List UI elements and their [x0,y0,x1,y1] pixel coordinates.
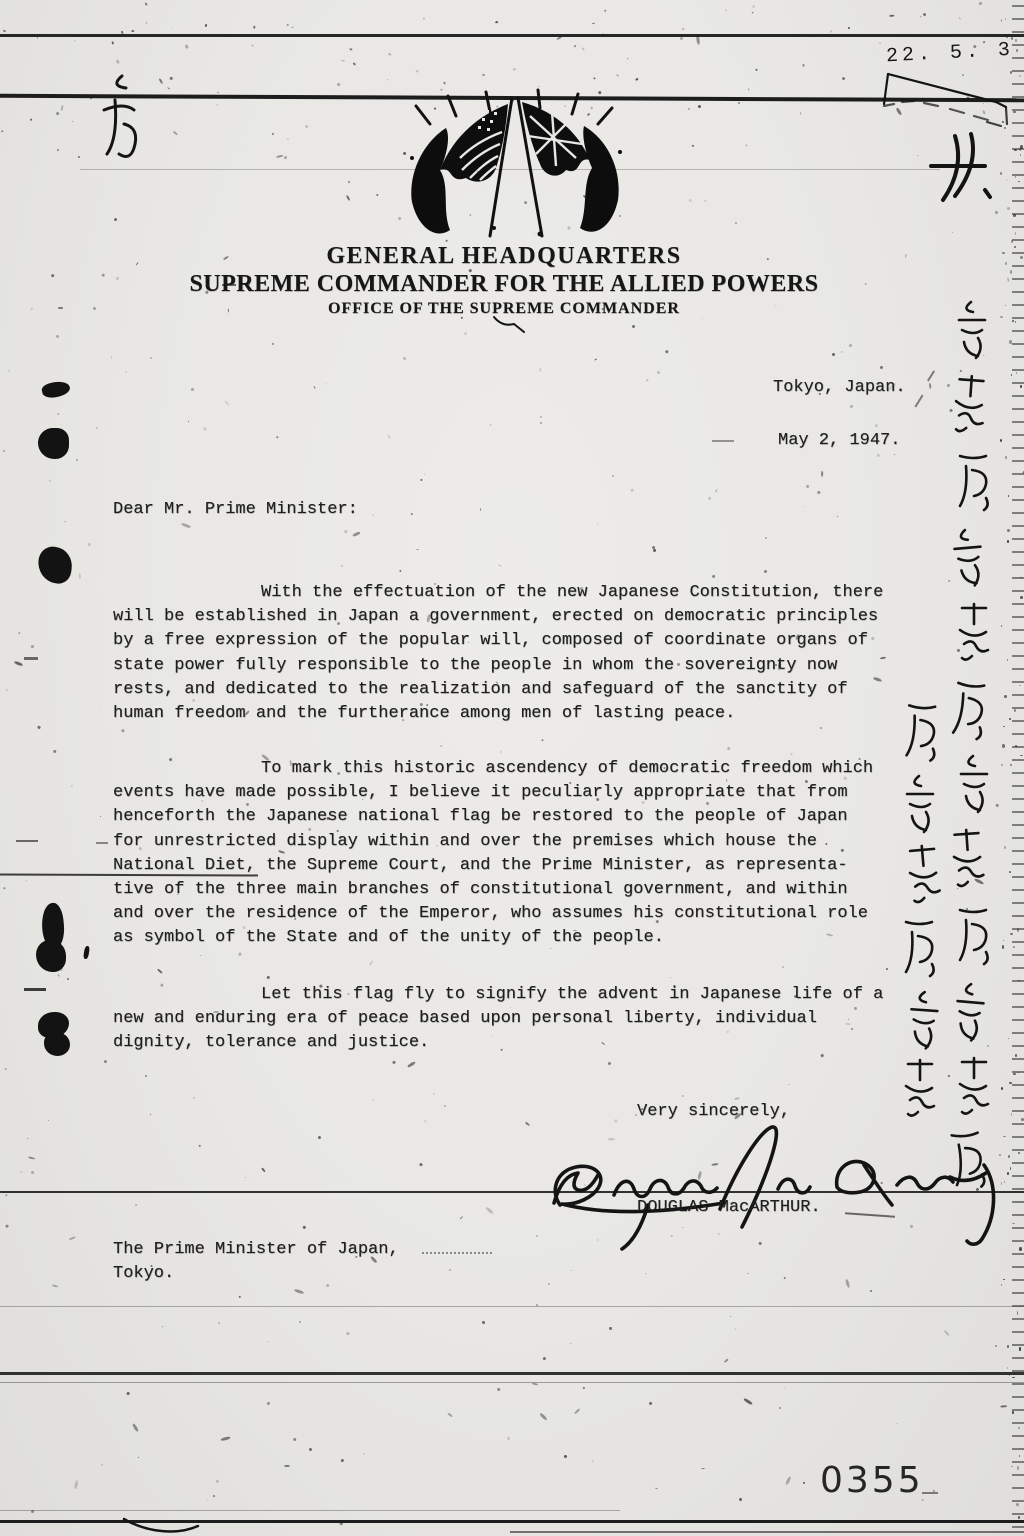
speck [418,1163,422,1167]
speck [266,1402,270,1406]
speck [51,274,55,278]
speck [217,1322,220,1325]
speck [1019,685,1022,687]
speck [1012,1223,1015,1224]
speck [820,727,822,729]
speck [656,919,660,923]
speck [336,772,340,776]
speck [1009,718,1012,720]
speck [848,27,850,29]
speck [115,277,118,280]
speck [574,1408,580,1414]
speck [986,1045,988,1047]
speck [627,58,629,59]
speck [439,158,442,161]
speck [875,423,878,426]
speck [261,1167,266,1172]
speck [1017,928,1019,931]
speck [150,1265,153,1268]
speck [157,968,162,973]
speck [353,658,357,662]
speck [399,569,402,572]
speck [1020,385,1023,388]
speck [1011,374,1013,375]
speck [293,1289,304,1295]
speck [447,995,451,999]
speck [30,644,33,647]
speck [1009,871,1011,873]
speck [1000,316,1002,318]
speck [480,508,481,511]
speck [1008,1155,1009,1157]
speck [1006,35,1008,39]
speck [2,886,5,889]
speck [1001,1182,1003,1185]
speck [923,13,927,17]
speck [775,304,777,306]
speck [423,17,426,20]
speck [497,1388,501,1392]
speck [482,1321,485,1324]
speck [958,17,961,20]
speck [59,968,63,972]
speck [228,308,230,312]
speck [865,283,867,285]
speck [735,221,737,223]
speck [829,30,832,33]
speck [992,1208,994,1210]
speck [292,1438,296,1442]
speck [755,68,757,70]
speck [671,1235,673,1237]
speck [817,491,821,495]
speck [337,830,339,832]
speck [591,1460,594,1463]
speck [278,849,286,854]
speck [345,1331,350,1336]
speck [1005,456,1007,459]
speck [896,1423,898,1425]
speck [425,703,428,706]
speck [275,155,282,159]
speck [216,91,219,93]
speck [645,1273,647,1275]
speck [701,318,703,320]
speck [726,779,728,783]
speck [727,1031,729,1033]
speck [213,1011,219,1013]
speck [870,1290,872,1292]
speck [920,16,922,18]
speck [318,1135,322,1139]
speck [592,23,595,25]
speck [116,59,120,63]
speck [370,1256,377,1263]
speck [1019,1455,1021,1457]
speck [805,779,808,782]
speck [120,728,125,733]
speck [243,926,246,929]
speck [1007,1345,1009,1348]
speck [995,803,999,807]
speck [357,614,362,619]
speck [424,474,426,476]
speck [424,1119,427,1122]
speck [763,569,767,573]
speck [803,506,805,508]
speck [169,757,173,761]
speck [57,413,59,415]
speck [604,9,607,11]
speck [159,78,164,84]
speck [1008,495,1009,497]
speck [206,1499,208,1501]
speck [239,1296,241,1298]
speck [795,633,799,640]
speck [1007,278,1009,282]
speck [425,250,427,252]
speck [55,112,59,116]
speck [498,564,502,567]
speck [96,427,99,430]
speck [662,767,665,770]
speck [410,513,412,515]
speck [584,1184,586,1186]
speck [546,845,547,846]
speck [1011,1466,1014,1467]
speck [1007,1172,1010,1176]
speck [200,955,202,957]
speck [1011,1113,1012,1117]
speck [352,532,360,537]
speck [188,421,190,423]
speck [267,975,270,978]
speck [490,424,492,426]
speck [1018,75,1021,78]
speck [703,199,707,202]
speck [1015,321,1016,323]
speck [1018,1072,1019,1074]
speck [574,45,577,48]
speck [569,1343,572,1345]
speck [579,586,583,590]
speck [778,661,782,670]
speck [564,105,567,108]
speck [216,103,219,106]
speck [4,1194,7,1197]
speck [532,1383,538,1386]
speck [808,35,811,38]
speck [114,218,118,222]
speck [688,199,692,203]
speck [540,421,543,424]
speck [726,9,728,12]
speck [631,325,635,329]
speck [539,1412,547,1420]
speck [982,41,985,44]
speck [821,471,823,477]
speck [124,371,127,374]
speck [206,291,210,295]
speck [252,45,254,47]
speck [372,1099,374,1101]
speck [1019,1347,1020,1350]
speck [37,36,39,39]
speck [665,349,670,354]
speck [538,116,540,118]
speck [272,133,275,136]
speck [286,137,288,139]
speck [336,622,340,626]
speck [878,42,881,45]
speck [223,255,229,260]
speck [180,522,190,529]
speck [459,987,463,991]
speck [90,98,92,100]
speck [922,1499,924,1501]
speck [261,754,270,762]
speck [349,48,352,51]
speck [933,1490,935,1492]
speck [327,817,330,820]
speck [283,156,286,159]
speck [1001,19,1003,22]
speck [593,77,596,80]
speck [746,1203,747,1204]
speck [885,968,888,971]
speck [49,480,51,482]
speck [909,1225,913,1229]
speck [914,35,917,37]
speck [355,1256,358,1259]
speck [871,637,875,641]
speck [540,367,542,371]
speck [541,739,544,742]
speck [849,405,853,409]
speck [314,386,317,389]
speck [841,351,844,354]
speck [77,156,79,158]
speck [1000,1405,1007,1408]
speck [840,849,844,853]
speck [14,661,23,667]
speck [1020,596,1023,599]
speck [441,89,443,91]
speck [341,565,343,567]
speck [536,1304,538,1306]
speck [1017,1466,1019,1469]
speck [844,777,847,780]
speck [459,1216,463,1220]
speck [845,1022,851,1025]
speck [734,1113,742,1120]
speck [524,201,528,205]
speck [601,1042,605,1046]
speck [1013,111,1016,112]
speck [536,707,539,710]
speck [645,283,649,287]
speck [999,1154,1001,1156]
speck [240,662,243,665]
speck [134,1204,137,1207]
speck [221,1436,231,1441]
speck [305,125,309,129]
speck [402,718,405,721]
speck [752,12,754,14]
speck [877,453,881,457]
speck [87,559,89,561]
speck [571,1270,572,1271]
speck [303,1225,306,1228]
speck [1010,764,1012,765]
speck [738,101,741,104]
speck [52,1284,59,1288]
speck [1013,946,1015,948]
speck [779,1407,781,1409]
speck [131,30,134,32]
speck [363,1453,365,1455]
speck [1007,1367,1008,1370]
speck [598,90,602,94]
speck [98,705,100,707]
speck [1002,744,1005,748]
speck [415,70,418,73]
speck [494,21,498,24]
speck [316,639,318,641]
speck [291,26,294,28]
speck [824,843,827,846]
speck [841,77,845,81]
speck [707,496,711,500]
speck [537,86,539,88]
speck [573,930,577,931]
speck [714,489,717,493]
speck [135,261,139,265]
scanned-letter-page: GENERAL HEADQUARTERS SUPREME COMMANDER F… [0,0,1024,1536]
speck [5,1068,7,1070]
speck [402,151,406,155]
speck [294,917,297,920]
speck [1020,145,1022,149]
speck [344,530,348,534]
speck [448,1269,450,1271]
speck [730,1316,731,1317]
speck [1018,1516,1020,1519]
speck [1016,49,1018,52]
speck [128,913,130,915]
speck [682,1095,684,1097]
speck [995,1344,998,1347]
speck [1000,439,1002,442]
speck [55,334,59,338]
speck [711,574,715,578]
speck [434,583,436,585]
speck [341,60,345,62]
speck [809,686,812,689]
speck [111,41,114,45]
speck [873,676,883,682]
speck [369,960,374,966]
speck [674,985,676,987]
speck [583,195,587,199]
speck [747,89,749,91]
speck [76,459,78,461]
speck [832,353,836,357]
speck [72,121,74,123]
speck [406,1061,415,1068]
speck [253,25,255,28]
speck [612,475,615,478]
speck [1020,256,1023,258]
speck [979,2,983,5]
speck [548,1283,550,1285]
speck [199,1144,201,1146]
speck [388,53,391,56]
speck [146,21,148,23]
speck [284,1465,290,1467]
speck [1007,207,1010,210]
speck [347,180,350,183]
speck [242,147,244,149]
speck [948,579,951,582]
speck [326,383,327,384]
speck [786,1476,793,1485]
speck [691,144,693,146]
speck [517,277,519,279]
speck [1003,940,1004,942]
speck [636,78,639,81]
speck [6,689,8,691]
speck [215,1480,218,1483]
speck [7,369,10,372]
speck [443,81,446,84]
speck [1006,178,1007,179]
speck [642,801,645,804]
speck [57,148,59,150]
speck [1013,214,1016,216]
speck [670,976,671,977]
speck [593,285,596,288]
speck [594,358,597,360]
speck [53,749,57,753]
speck [452,161,454,163]
speck [1001,764,1003,766]
speck [917,155,919,157]
speck [773,587,777,591]
speck [27,1138,29,1140]
speck [596,798,600,802]
speck [880,657,886,660]
speck [287,24,289,26]
speck [3,30,6,32]
speck [1007,659,1008,660]
speck [26,880,28,882]
speck [127,1392,130,1395]
speck [1003,1279,1005,1280]
speck [30,119,32,122]
speck [635,1113,638,1116]
speck [161,1326,162,1327]
speck [440,866,441,867]
speck [1002,252,1005,254]
speck [468,268,471,271]
speck [630,489,634,493]
speck [928,383,931,389]
speck [337,82,341,86]
speck [649,1402,654,1407]
speck [238,952,241,955]
speck [568,782,571,785]
